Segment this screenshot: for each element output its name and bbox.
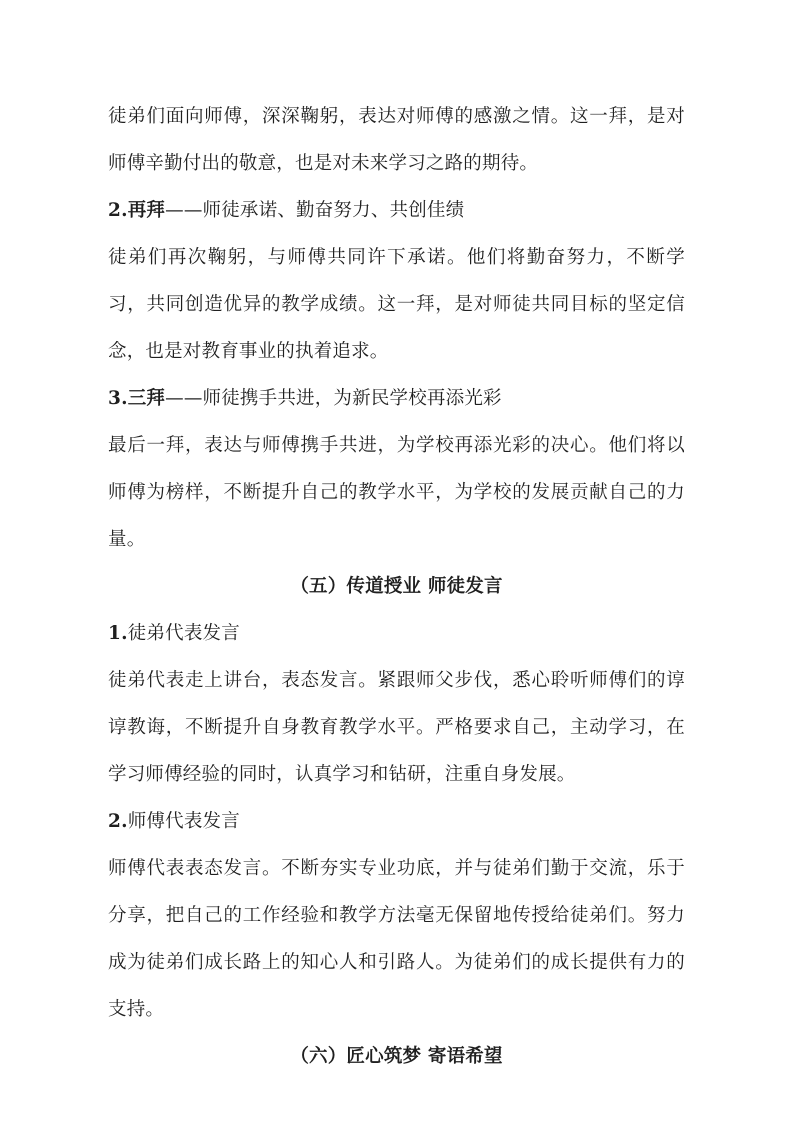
subsection-heading-title-text: ——师徒承诺、勤奋努力、共创佳绩: [165, 200, 464, 221]
paragraph-third-bow-description: 最后一拜，表达与师傅携手共进，为学校再添光彩的决心。他们将以师傅为榜样，不断提升…: [108, 422, 685, 563]
subsection-heading-title-text: 徒弟代表发言: [128, 623, 240, 644]
section-heading-five: （五）传道授业 师徒发言: [108, 563, 685, 610]
subsection-heading-bold-label: 2.再拜: [108, 200, 165, 221]
subsection-heading-title-text: ——师徒携手共进，为新民学校再添光彩: [165, 388, 502, 409]
subsection-heading-master-speech: 2.师傅代表发言: [108, 798, 685, 845]
subsection-heading-bold-label: 3.三拜: [108, 388, 165, 409]
paragraph-apprentice-speech-description: 徒弟代表走上讲台，表态发言。紧跟师父步伐，悉心聆听师傅们的谆谆教诲，不断提升自身…: [108, 657, 685, 798]
subsection-heading-apprentice-speech: 1.徒弟代表发言: [108, 610, 685, 657]
section-heading-six: （六）匠心筑梦 寄语希望: [108, 1033, 685, 1080]
subsection-heading-bold-label: 1.: [108, 623, 128, 644]
paragraph-first-bow-description: 徒弟们面向师傅，深深鞠躬，表达对师傅的感激之情。这一拜，是对师傅辛勤付出的敬意，…: [108, 93, 685, 187]
subsection-heading-title-text: 师傅代表发言: [128, 811, 240, 832]
subsection-heading-second-bow: 2.再拜——师徒承诺、勤奋努力、共创佳绩: [108, 187, 685, 234]
paragraph-second-bow-description: 徒弟们再次鞠躬，与师傅共同许下承诺。他们将勤奋努力，不断学习，共同创造优异的教学…: [108, 234, 685, 375]
subsection-heading-third-bow: 3.三拜——师徒携手共进，为新民学校再添光彩: [108, 375, 685, 422]
paragraph-master-speech-description: 师傅代表表态发言。不断夯实专业功底，并与徒弟们勤于交流，乐于分享，把自己的工作经…: [108, 845, 685, 1033]
document-page: 徒弟们面向师傅，深深鞠躬，表达对师傅的感激之情。这一拜，是对师傅辛勤付出的敬意，…: [0, 0, 793, 1122]
subsection-heading-bold-label: 2.: [108, 811, 128, 832]
